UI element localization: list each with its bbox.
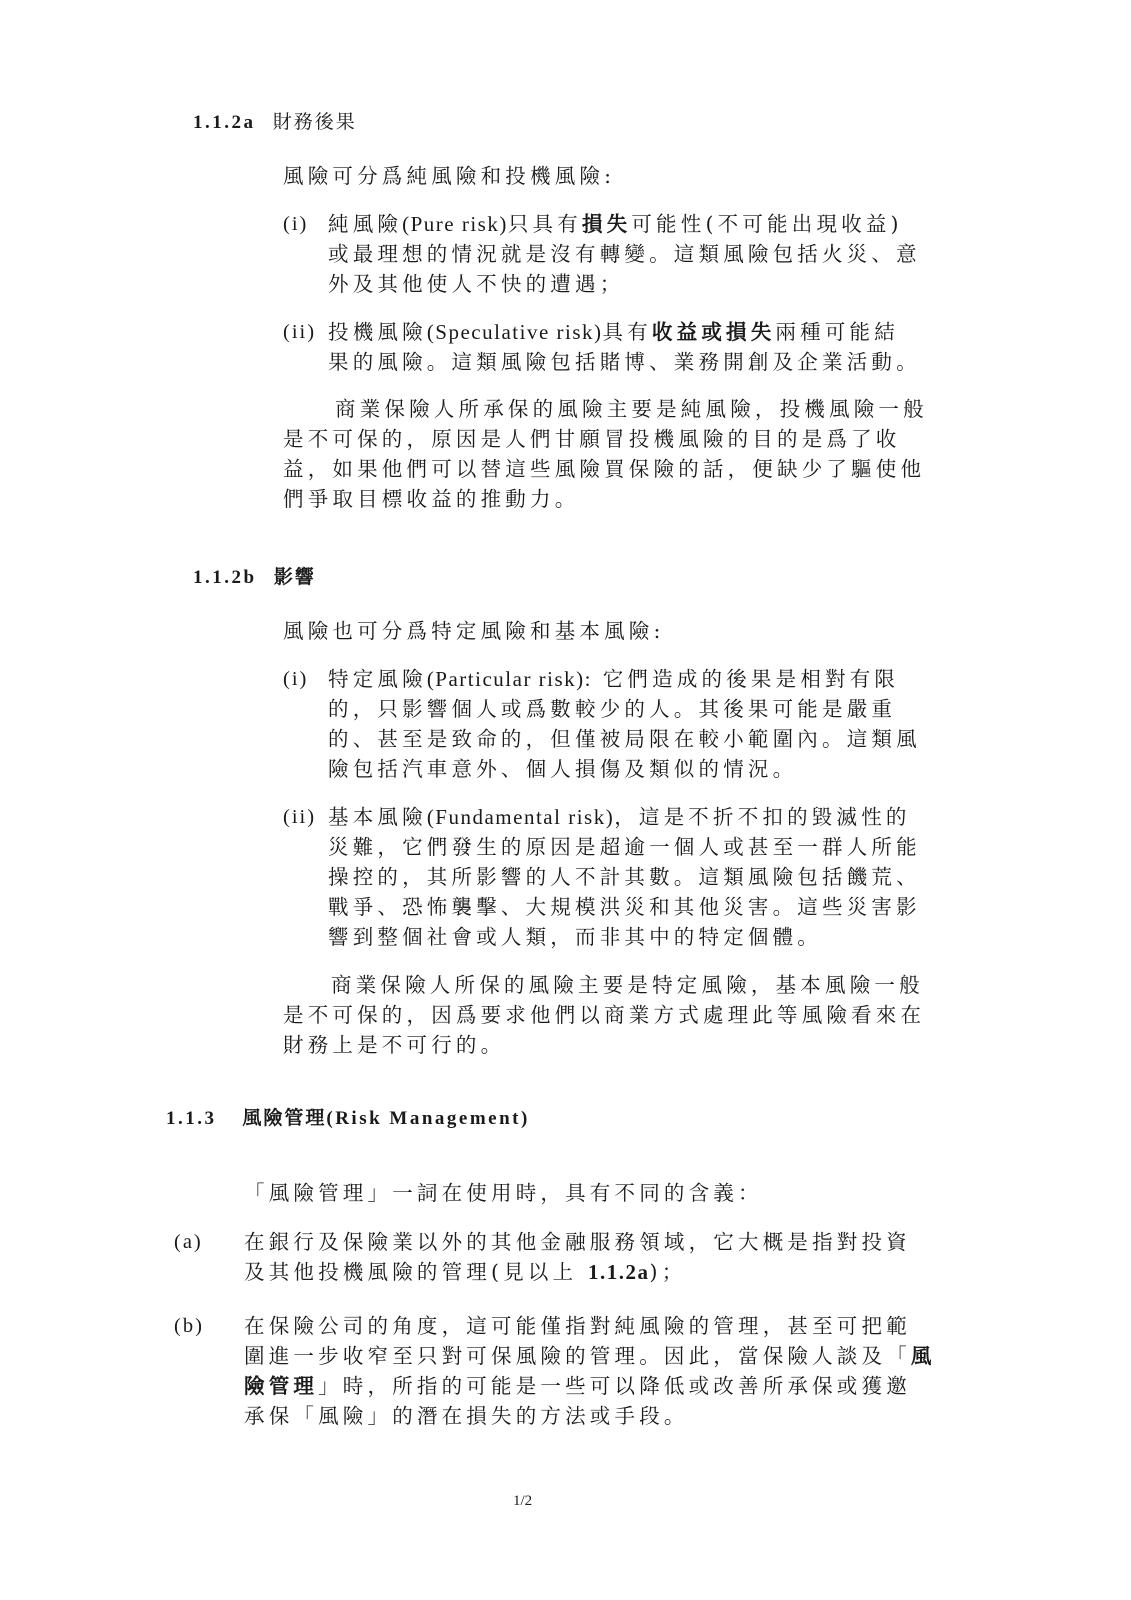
item-line: 基本風險(Fundamental risk)，這是不折不扣的毀滅性的 [328, 802, 911, 832]
section-title: 風險管理 [242, 1107, 326, 1129]
intro-text: 風險也可分爲特定風險和基本風險: [283, 616, 665, 646]
section-title-latin: (Risk Management) [326, 1108, 529, 1129]
paragraph-line: 是不可保的，因爲要求他們以商業方式處理此等風險看來在 [283, 1000, 925, 1030]
intro-text: 風險可分爲純風險和投機風險: [283, 161, 615, 191]
item-marker: (i) [283, 664, 308, 694]
section-heading-1-1-2a: 1.1.2a 財務後果 [193, 108, 357, 137]
item-line: 特定風險(Particular risk): 它們造成的後果是相對有限 [328, 664, 899, 694]
paragraph-line: 商業保險人所保的風險主要是特定風險，基本風險一般 [331, 970, 924, 1000]
item-marker: (a) [174, 1227, 203, 1257]
document-page: 1.1.2a 財務後果 風險可分爲純風險和投機風險: (i) 純風險(Pure … [0, 0, 1131, 1600]
item-line: 災難，它們發生的原因是超逾一個人或甚至一群人所能 [328, 832, 921, 862]
item-line: 及其他投機風險的管理(見以上 1.1.2a)； [244, 1257, 686, 1287]
item-marker: (i) [283, 209, 308, 239]
item-marker: (ii) [283, 317, 316, 347]
item-line: 圍進一步收窄至只對可保風險的管理。因此，當保險人談及「風 [244, 1341, 936, 1371]
section-title: 財務後果 [273, 111, 357, 133]
section-heading-1-1-3: 1.1.3 風險管理(Risk Management) [166, 1104, 530, 1133]
paragraph-line: 們爭取目標收益的推動力。 [283, 484, 579, 514]
item-line: 險包括汽車意外、個人損傷及類似的情況。 [328, 754, 797, 784]
item-marker: (b) [174, 1311, 204, 1341]
paragraph-line: 是不可保的，原因是人們甘願冒投機風險的目的是爲了收 [283, 424, 901, 454]
item-line: 投機風險(Speculative risk)具有收益或損失兩種可能結 [328, 317, 899, 347]
section-number: 1.1.2b [193, 567, 257, 588]
item-line: 外及其他使人不快的遭遇； [328, 269, 624, 299]
item-line: 戰爭、恐怖襲擊、大規模洪災和其他災害。這些災害影 [328, 892, 921, 922]
section-number: 1.1.3 [166, 1108, 217, 1129]
paragraph-line: 益，如果他們可以替這些風險買保險的話，便缺少了驅使他 [283, 454, 925, 484]
item-line: 在保險公司的角度，這可能僅指對純風險的管理，甚至可把範 [244, 1311, 911, 1341]
item-marker: (ii) [283, 802, 316, 832]
item-line: 操控的，其所影響的人不計其數。這類風險包括饑荒、 [328, 862, 921, 892]
item-line: 響到整個社會或人類，而非其中的特定個體。 [328, 922, 822, 952]
section-heading-1-1-2b: 1.1.2b 影響 [193, 563, 316, 592]
intro-text: 「風險管理」一詞在使用時，具有不同的含義： [244, 1178, 763, 1208]
page-number: 1/2 [513, 1493, 532, 1510]
paragraph-line: 財務上是不可行的。 [283, 1030, 505, 1060]
item-line: 承保「風險」的潛在損失的方法或手段。 [244, 1401, 689, 1431]
item-line: 或最理想的情況就是沒有轉變。這類風險包括火災、意 [328, 239, 921, 269]
section-title: 影響 [274, 566, 316, 588]
item-line: 在銀行及保險業以外的其他金融服務領域，它大概是指對投資 [244, 1227, 911, 1257]
item-line: 果的風險。這類風險包括賭博、業務開創及企業活動。 [328, 347, 921, 377]
item-line: 的、甚至是致命的，但僅被局限在較小範圍內。這類風 [328, 724, 921, 754]
paragraph-line: 商業保險人所承保的風險主要是純風險，投機風險一般 [335, 394, 928, 424]
section-number: 1.1.2a [193, 112, 256, 133]
item-line: 險管理」時，所指的可能是一些可以降低或改善所承保或獲邀 [244, 1371, 911, 1401]
item-line: 純風險(Pure risk)只具有損失可能性(不可能出現收益) [328, 209, 903, 239]
item-line: 的，只影響個人或爲數較少的人。其後果可能是嚴重 [328, 694, 896, 724]
